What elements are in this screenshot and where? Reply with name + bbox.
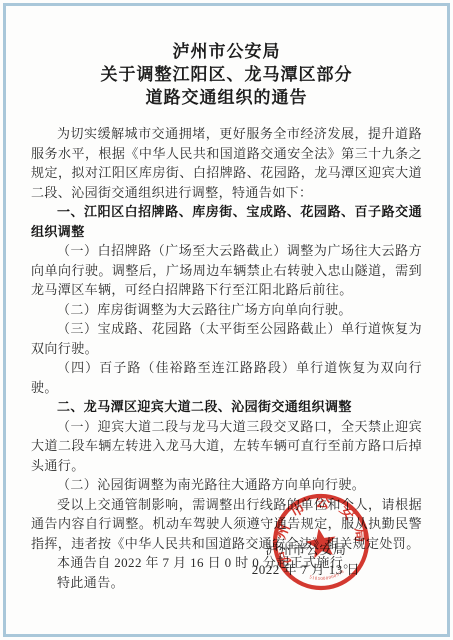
official-red-seal: 泸州市公安局 5105000000978 [262, 484, 380, 600]
title-line-authority: 泸州市公安局 [31, 40, 422, 63]
section1-item-3: （三）宝成路、花园路（太平街至公园路截止）单行道恢复为双向行驶。 [31, 319, 422, 358]
intro-paragraph: 为切实缓解城市交通拥堵，更好服务全市经济发展，提升道路服务水平，根据《中华人民共… [31, 124, 422, 202]
section1-item-4: （四）百子路（佳裕路至连江路路段）单行道恢复为双向行驶。 [31, 358, 422, 397]
section1-heading: 一、江阳区白招牌路、库房街、宝成路、花园路、百子路交通组织调整 [31, 202, 422, 241]
document-title: 泸州市公安局 关于调整江阳区、龙马潭区部分 道路交通组织的通告 [31, 40, 422, 109]
scanned-notice-page: 泸州市公安局 关于调整江阳区、龙马潭区部分 道路交通组织的通告 为切实缓解城市交… [0, 0, 453, 640]
section1-item-2: （二）库房街调整为大云路往广场方向单向行驶。 [31, 300, 422, 320]
svg-text:5105000000978: 5105000000978 [308, 568, 346, 583]
section2-item-1: （一）迎宾大道二段与龙马大道三段交叉路口，全天禁止迎宾大道二段车辆左转进入龙马大… [31, 417, 422, 476]
document-body: 泸州市公安局 关于调整江阳区、龙马潭区部分 道路交通组织的通告 为切实缓解城市交… [0, 0, 453, 592]
seal-code-text: 5105000000978 [308, 568, 346, 583]
section2-heading: 二、龙马潭区迎宾大道二段、沁园街交通组织调整 [31, 397, 422, 417]
seal-star-icon [304, 526, 339, 560]
section1-item-1: （一）白招牌路（广场至大云路截止）调整为广场往大云路方向单向行驶。调整后，广场周… [31, 241, 422, 300]
title-line-type: 道路交通组织的通告 [31, 86, 422, 109]
title-line-subject: 关于调整江阳区、龙马潭区部分 [31, 63, 422, 86]
